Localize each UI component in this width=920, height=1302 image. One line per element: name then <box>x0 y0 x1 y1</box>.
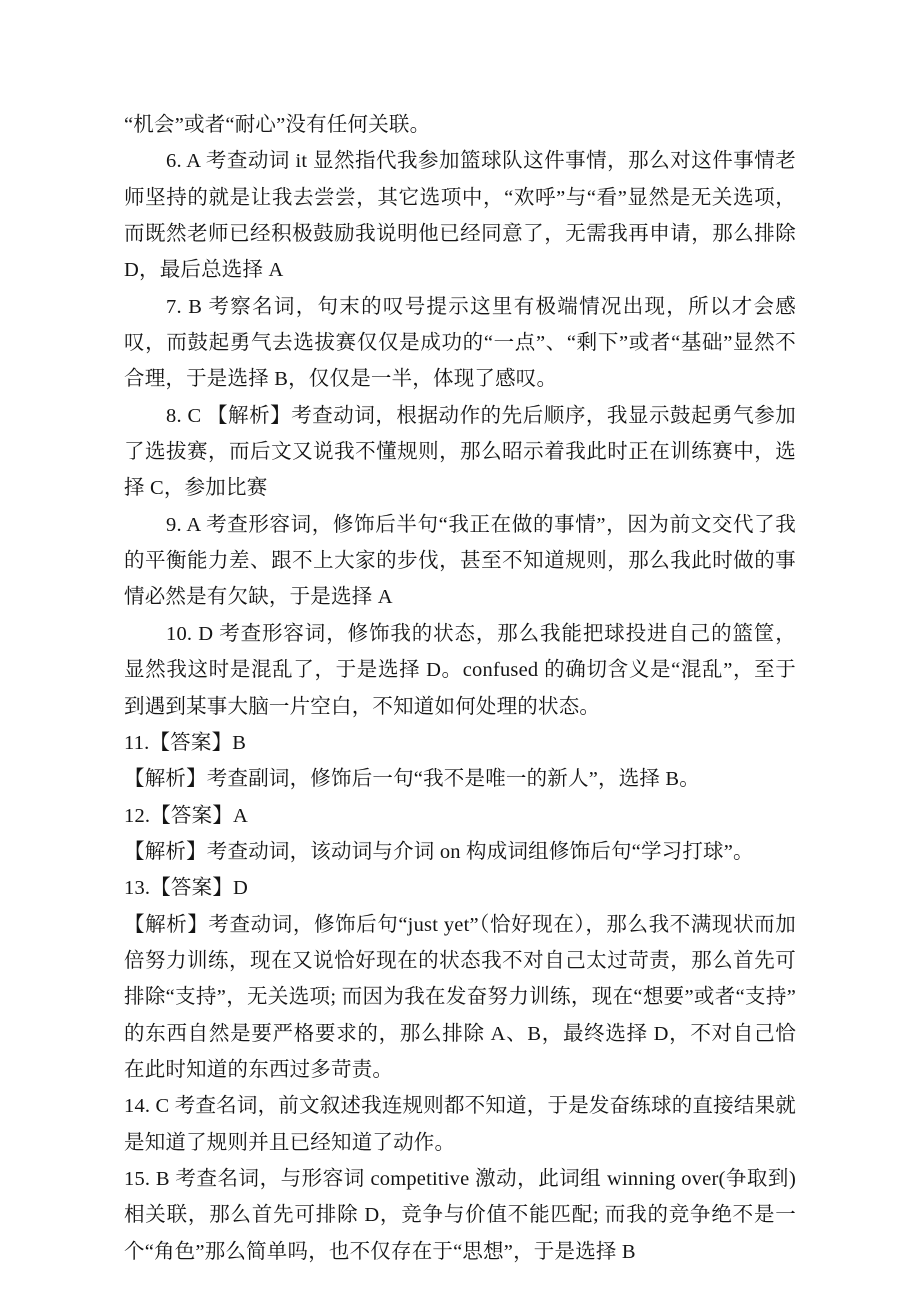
paragraph-continuation-5: “机会”或者“耐心”没有任何关联。 <box>124 107 796 143</box>
paragraph-analysis-12: 【解析】考查动词，该动词与介词 on 构成词组修饰后句“学习打球”。 <box>124 834 796 870</box>
paragraph-answer-12: 12.【答案】A <box>124 798 796 834</box>
paragraph-answer-10: 10. D 考查形容词，修饰我的状态，那么我能把球投进自己的篮筐，显然我这时是混… <box>124 616 796 725</box>
paragraph-answer-8: 8. C 【解析】考查动词，根据动作的先后顺序，我显示鼓起勇气参加了选拔赛，而后… <box>124 398 796 507</box>
paragraph-answer-13: 13.【答案】D <box>124 870 796 906</box>
document-page: “机会”或者“耐心”没有任何关联。 6. A 考查动词 it 显然指代我参加篮球… <box>0 0 920 1302</box>
paragraph-answer-6: 6. A 考查动词 it 显然指代我参加篮球队这件事情，那么对这件事情老师坚持的… <box>124 143 796 288</box>
paragraph-answer-15: 15. B 考查名词，与形容词 competitive 激动，此词组 winni… <box>124 1161 796 1270</box>
paragraph-answer-7: 7. B 考察名词，句末的叹号提示这里有极端情况出现，所以才会感叹，而鼓起勇气去… <box>124 289 796 398</box>
paragraph-answer-14: 14. C 考查名词，前文叙述我连规则都不知道，于是发奋练球的直接结果就是知道了… <box>124 1088 796 1161</box>
paragraph-answer-11: 11.【答案】B <box>124 725 796 761</box>
paragraph-answer-9: 9. A 考查形容词，修饰后半句“我正在做的事情”，因为前文交代了我的平衡能力差… <box>124 507 796 616</box>
paragraph-analysis-11: 【解析】考查副词，修饰后一句“我不是唯一的新人”，选择 B。 <box>124 761 796 797</box>
paragraph-analysis-13: 【解析】考查动词，修饰后句“just yet”（恰好现在），那么我不满现状而加倍… <box>124 907 796 1089</box>
